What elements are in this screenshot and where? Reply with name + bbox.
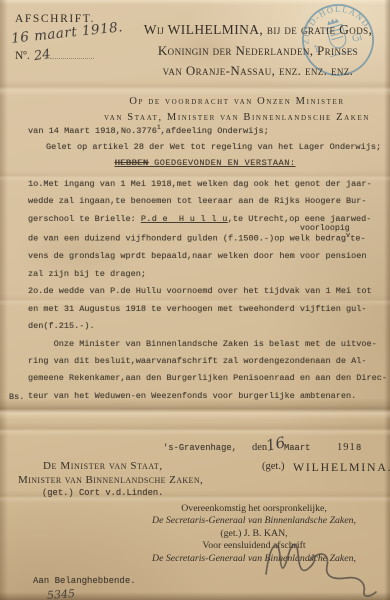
certification-line2: De Secretaris-Generaal van Binnenlandsch… [122, 515, 386, 527]
reference-text-end: ,afdeeling Onderwijs; [161, 126, 269, 136]
dateline-year-printed: 191 [337, 442, 356, 453]
royal-header-line3: van Oranje-Nassau, enz. enz. enz. [130, 61, 386, 82]
preamble-voordracht: Op de voordracht van Onzen Minister van … [88, 94, 386, 125]
royal-header-line2: Koningin der Nederlanden, Prinses [130, 41, 386, 62]
body-line: voorloopigde van een duizend vijfhonderd… [28, 228, 386, 248]
typed-insertion: voorloopig [300, 220, 350, 237]
marginal-note: Bs. [9, 392, 24, 402]
dateline-month: Maart [284, 443, 310, 453]
body-text: gerschool te Brielle: [28, 214, 141, 224]
decree-formula: HEBBEN GOEDGEVONDEN EN VERSTAAN: [30, 158, 380, 168]
reference-text: van 14 Maart 1918,No.3776 [28, 126, 157, 136]
body-line: ring van dit besluit,waarvanafschrift za… [28, 353, 386, 370]
voordracht-line1: Op de voordracht van Onzen Minister [88, 94, 386, 110]
paper-edge-left [0, 0, 8, 600]
body-line: 2o.de wedde van P.de Hullu voornoemd ove… [28, 283, 386, 300]
royal-header: Wij WILHELMINA, bij de gratie Gods, Koni… [130, 20, 386, 82]
body-line: en met 31 Augustus 1918 te verhoogen met… [28, 301, 386, 318]
dotted-line [50, 48, 94, 59]
handwritten-file-number: 5345 [47, 587, 76, 600]
reference-line: van 14 Maart 1918,No.37761,afdeeling Ond… [28, 124, 269, 136]
document-scan: AFSCHRIFT. 16 maart 1918. Nº.24 ZUID-HOL… [0, 0, 390, 600]
document-number-row: Nº.24 [15, 48, 94, 63]
body-line: zal zijn bij te dragen; [28, 266, 386, 283]
body-line: 1o.Met ingang van 1 Mei 1918,met welken … [28, 176, 386, 193]
minister-title-line2: Minister van Binnenlandsche Zaken, [18, 474, 203, 486]
body-line: den(f.215.-). [28, 318, 386, 335]
decree-formula-text: GOEDGEVONDEN EN VERSTAAN: [148, 158, 295, 168]
royal-header-line1: Wij WILHELMINA, bij de gratie Gods, [130, 20, 386, 41]
number-label: Nº. [15, 50, 30, 62]
body-line: Onze Minister van Binnenlandsche Zaken i… [28, 336, 386, 353]
body-line: teur van het Weduwen-en Weezenfonds voor… [28, 388, 386, 405]
body-line: wedde zal ingaan,te benoemen tot leeraar… [28, 193, 386, 210]
voordracht-line2: van Staat, Minister van Binnenlandsche Z… [88, 110, 386, 126]
addressee: Aan Belanghebbende. [33, 576, 136, 586]
body-text: te- [350, 234, 365, 244]
certification-line1: Overeenkomstig het oorspronkelijke, [122, 503, 386, 515]
queen-signature: WILHELMINA. [293, 460, 390, 475]
appointee-name: P.d e H u l l u [141, 214, 228, 224]
struck-word: HEBBEN [114, 158, 148, 168]
handwritten-number: 24 [33, 47, 51, 64]
body-line: vens de grondslag wprdt bepaald,naar wel… [28, 248, 386, 265]
body-line: gemeene Rekenkamer,aan den Burgerlijken … [28, 370, 386, 387]
minister-title-line1: De Minister van Staat, [43, 460, 163, 472]
minister-signature: (get.) Cort v.d.Linden. [42, 488, 163, 498]
queen-get-label: (get.) [262, 461, 284, 472]
fold-crease [0, 422, 390, 436]
handwritten-signature-icon [252, 528, 387, 600]
dateline-place: 's-Gravenhage, [163, 443, 237, 453]
gelet-line: Gelet op artikel 28 der Wet tot regeling… [46, 142, 381, 152]
body-text: de van een duizend vijfhonderd gulden (f… [28, 234, 346, 244]
dateline-year-typed: 8 [356, 443, 361, 453]
decree-body: 1o.Met ingang van 1 Mei 1918,met welken … [28, 176, 386, 405]
